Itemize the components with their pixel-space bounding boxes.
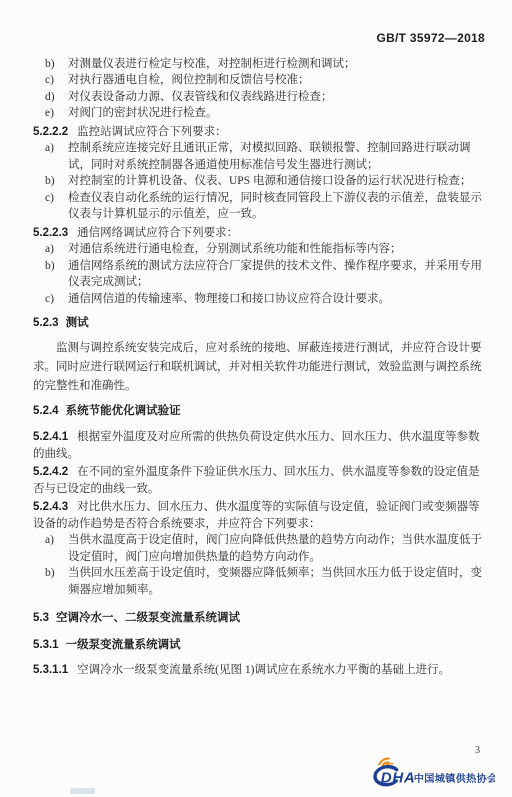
list-item: c) 检查仪表自动化系统的运行情况，同时核查同管段上下游仪表的示值差，盘装显示仪… bbox=[45, 190, 485, 223]
section-number: 5.3 bbox=[33, 612, 56, 624]
section-title: 空调冷水一、二级泵变流量系统调试 bbox=[56, 612, 240, 624]
clause-number: 5.2.2.3 bbox=[33, 227, 77, 239]
list-item-label: e) bbox=[45, 105, 68, 122]
cdha-logo-graphic: DHA 中国城镇供热协会 bbox=[367, 757, 495, 790]
page-number: 3 bbox=[475, 745, 480, 756]
clause-number: 5.3.1.1 bbox=[33, 664, 77, 676]
clause-text: 监控站调试应符合下列要求： bbox=[77, 126, 227, 138]
section-heading-5-3: 5.3空调冷水一、二级泵变流量系统调试 bbox=[33, 610, 485, 627]
list-item: a) 控制系统应连接完好且通讯正常，对模拟回路、联锁报警、控制回路进行联动调试，… bbox=[45, 140, 485, 173]
section-number: 5.2.3 bbox=[33, 317, 66, 329]
clause-5-2-2-3: 5.2.2.3通信网络调试应符合下列要求： bbox=[33, 225, 485, 242]
clause-number: 5.2.2.2 bbox=[33, 126, 77, 138]
list-item: b) 当供回水压差高于设定值时，变频器应降低频率；当供回水压力低于设定值时，变频… bbox=[45, 565, 485, 598]
standard-number: GB/T 35972—2018 bbox=[33, 30, 485, 47]
list-item: b) 对测量仪表进行检定与校准，对控制柜进行检测和调试； bbox=[45, 56, 485, 73]
clause-number: 5.2.4.1 bbox=[33, 431, 77, 443]
clause-number: 5.2.4.2 bbox=[33, 466, 77, 478]
list-item-label: b) bbox=[45, 56, 68, 73]
list-5-2-4-3: a) 当供水温度高于设定值时，阀门应向降低供热量的趋势方向动作；当供水温度低于设… bbox=[33, 532, 485, 598]
list-item-text: 对控制室的计算机设备、仪表、UPS 电源和通信接口设备的运行状况进行检查； bbox=[68, 173, 485, 190]
page-content: GB/T 35972—2018 b) 对测量仪表进行检定与校准，对控制柜进行检测… bbox=[33, 30, 485, 679]
list-5-2-2-2: a) 控制系统应连接完好且通讯正常，对模拟回路、联锁报警、控制回路进行联动调试，… bbox=[33, 140, 485, 223]
list-item-text: 对执行器通电自检，阀位控制和反馈信号校准； bbox=[68, 72, 485, 89]
logo-acronym: DHA bbox=[381, 770, 416, 787]
section-title: 系统节能优化调试验证 bbox=[66, 405, 181, 417]
list-item: b) 对控制室的计算机设备、仪表、UPS 电源和通信接口设备的运行状况进行检查； bbox=[45, 173, 485, 190]
list-item: a) 对通信系统进行通电检查，分别测试系统功能和性能指标等内容； bbox=[45, 241, 485, 258]
list-item-label: c) bbox=[45, 190, 68, 223]
clause-number: 5.2.4.3 bbox=[33, 501, 77, 513]
list-item-label: a) bbox=[45, 532, 68, 565]
scan-artifact bbox=[70, 788, 95, 794]
list-item-label: a) bbox=[45, 140, 68, 173]
list-item-text: 控制系统应连接完好且通讯正常，对模拟回路、联锁报警、控制回路进行联动调试，同时对… bbox=[68, 140, 485, 173]
list-item-label: b) bbox=[45, 258, 68, 291]
section-title: 测试 bbox=[66, 317, 89, 329]
list-5-2-2-3: a) 对通信系统进行通电检查，分别测试系统功能和性能指标等内容； b) 通信网络… bbox=[33, 241, 485, 307]
list-item: a) 当供水温度高于设定值时，阀门应向降低供热量的趋势方向动作；当供水温度低于设… bbox=[45, 532, 485, 565]
clause-text: 在不同的室外温度条件下验证供水压力、回水压力、供水温度等参数的设定值是否与已设定… bbox=[33, 466, 480, 495]
clause-5-2-4-3: 5.2.4.3对比供水压力、回水压力、供水温度等的实际值与设定值，验证阀门或变频… bbox=[33, 499, 485, 532]
list-item-label: b) bbox=[45, 565, 68, 598]
list-item-text: 对阀门的密封状况进行检查。 bbox=[68, 105, 485, 122]
paragraph-5-2-3: 监测与调控系统安装完成后，应对系统的接地、屏蔽连接进行测试，并应符合设计要求。同… bbox=[33, 339, 485, 396]
list-item-text: 对仪表设备动力源、仪表管线和仪表线路进行检查； bbox=[68, 89, 485, 106]
clause-5-3-1-1: 5.3.1.1空调冷水一级泵变流量系统(见图 1)调试应在系统水力平衡的基础上进… bbox=[33, 662, 485, 679]
clause-5-2-4-1: 5.2.4.1根据室外温度及对应所需的供热负荷设定供水压力、回水压力、供水温度等… bbox=[33, 429, 485, 462]
list-item-text: 检查仪表自动化系统的运行情况，同时核查同管段上下游仪表的示值差，盘装显示仪表与计… bbox=[68, 190, 485, 223]
list-item-label: c) bbox=[45, 291, 68, 308]
list-item: c) 对执行器通电自检，阀位控制和反馈信号校准； bbox=[45, 72, 485, 89]
list-5-2-2-1: b) 对测量仪表进行检定与校准，对控制柜进行检测和调试； c) 对执行器通电自检… bbox=[33, 56, 485, 122]
list-item-text: 当供水温度高于设定值时，阀门应向降低供热量的趋势方向动作；当供水温度低于设定值时… bbox=[68, 532, 485, 565]
cdha-logo: DHA 中国城镇供热协会 bbox=[367, 757, 495, 790]
section-number: 5.3.1 bbox=[33, 639, 66, 651]
list-item-label: a) bbox=[45, 241, 68, 258]
list-item-text: 通信网信道的传输速率、物理接口和接口协议应符合设计要求。 bbox=[68, 291, 485, 308]
clause-text: 根据室外温度及对应所需的供热负荷设定供水压力、回水压力、供水温度等参数的曲线。 bbox=[33, 431, 480, 460]
clause-5-2-4-2: 5.2.4.2在不同的室外温度条件下验证供水压力、回水压力、供水温度等参数的设定… bbox=[33, 464, 485, 497]
clause-5-2-2-2: 5.2.2.2监控站调试应符合下列要求： bbox=[33, 124, 485, 141]
section-heading-5-2-3: 5.2.3测试 bbox=[33, 315, 485, 332]
list-item-label: c) bbox=[45, 72, 68, 89]
clause-text: 通信网络调试应符合下列要求： bbox=[77, 227, 238, 239]
list-item-label: b) bbox=[45, 173, 68, 190]
section-number: 5.2.4 bbox=[33, 405, 66, 417]
list-item-label: d) bbox=[45, 89, 68, 106]
list-item: d) 对仪表设备动力源、仪表管线和仪表线路进行检查； bbox=[45, 89, 485, 106]
section-title: 一级泵变流量系统调试 bbox=[66, 639, 181, 651]
list-item-text: 对通信系统进行通电检查，分别测试系统功能和性能指标等内容； bbox=[68, 241, 485, 258]
clause-text: 对比供水压力、回水压力、供水温度等的实际值与设定值，验证阀门或变频器等设备的动作… bbox=[33, 501, 480, 530]
list-item: b) 通信网络系统的测试方法应符合厂家提供的技术文件、操作程序要求，并采用专用仪… bbox=[45, 258, 485, 291]
clause-text: 空调冷水一级泵变流量系统(见图 1)调试应在系统水力平衡的基础上进行。 bbox=[77, 664, 450, 676]
logo-name: 中国城镇供热协会 bbox=[414, 772, 495, 785]
list-item: e) 对阀门的密封状况进行检查。 bbox=[45, 105, 485, 122]
list-item-text: 当供回水压差高于设定值时，变频器应降低频率；当供回水压力低于设定值时，变频器应增… bbox=[68, 565, 485, 598]
list-item: c) 通信网信道的传输速率、物理接口和接口协议应符合设计要求。 bbox=[45, 291, 485, 308]
section-heading-5-3-1: 5.3.1一级泵变流量系统调试 bbox=[33, 637, 485, 654]
list-item-text: 对测量仪表进行检定与校准，对控制柜进行检测和调试； bbox=[68, 56, 485, 73]
list-item-text: 通信网络系统的测试方法应符合厂家提供的技术文件、操作程序要求，并采用专用仪表完成… bbox=[68, 258, 485, 291]
section-heading-5-2-4: 5.2.4系统节能优化调试验证 bbox=[33, 403, 485, 420]
document-page: GB/T 35972—2018 b) 对测量仪表进行检定与校准，对控制柜进行检测… bbox=[0, 0, 512, 797]
